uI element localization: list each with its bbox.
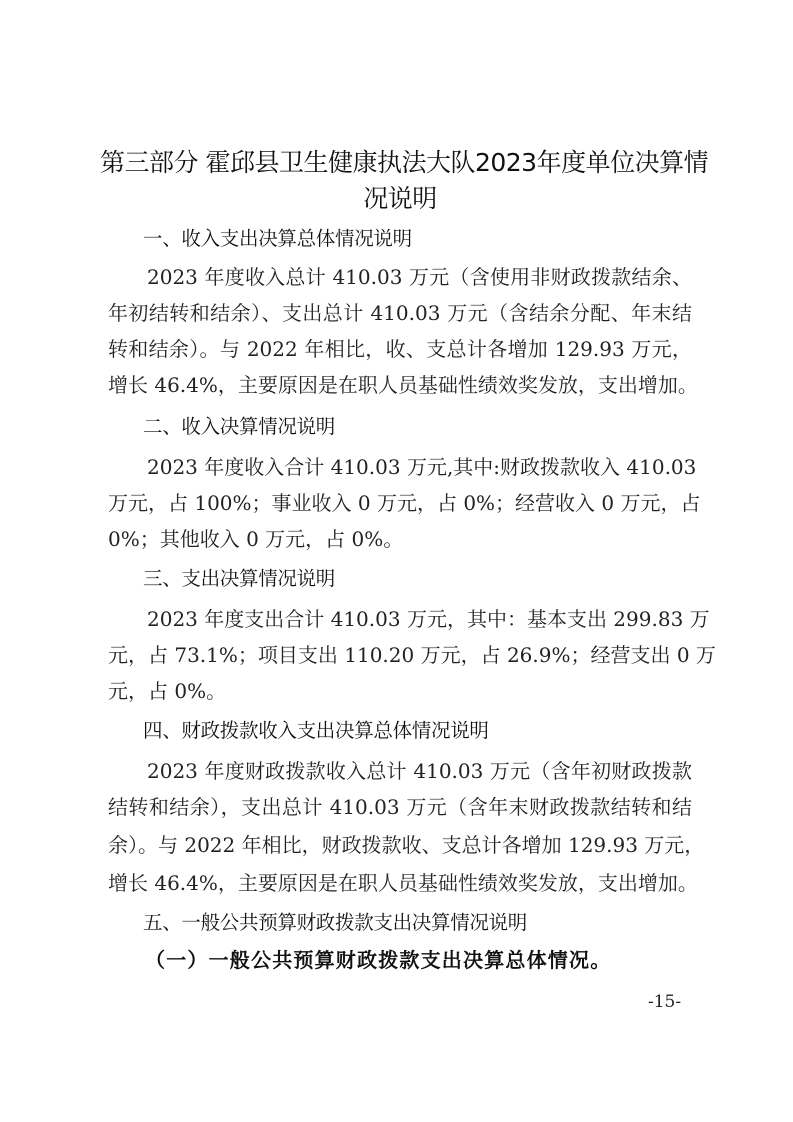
section-heading-5: 五、一般公共预算财政拨款支出决算情况说明 bbox=[143, 908, 527, 938]
page-title-line-1: 第三部分 霍邱县卫生健康执法大队2023年度单位决算情 bbox=[100, 145, 700, 181]
section-1-line-4: 增长 46.4%，主要原因是在职人员基础性绩效奖发放，支出增加。 bbox=[108, 370, 692, 400]
page-title-line-2: 况说明 bbox=[100, 181, 700, 217]
section-1-line-2: 年初结转和结余）、支出总计 410.03 万元（含结余分配、年末结 bbox=[108, 298, 692, 328]
section-5-subheading: （一）一般公共预算财政拨款支出决算总体情况。 bbox=[145, 945, 611, 975]
section-3-line-2: 元，占 73.1%；项目支出 110.20 万元，占 26.9%；经营支出 0 … bbox=[108, 640, 692, 670]
section-2-line-2: 万元，占 100%；事业收入 0 万元，占 0%；经营收入 0 万元，占 bbox=[108, 488, 692, 518]
section-2-line-1: 2023 年度收入合计 410.03 万元,其中:财政拨款收入 410.03 bbox=[147, 452, 692, 482]
section-heading-4: 四、财政拨款收入支出决算总体情况说明 bbox=[143, 716, 489, 746]
section-heading-1: 一、收入支出决算总体情况说明 bbox=[143, 224, 412, 254]
page-number: -15- bbox=[648, 990, 681, 1014]
section-2-line-3: 0%；其他收入 0 万元，占 0%。 bbox=[108, 524, 692, 554]
section-4-line-3: 余）。与 2022 年相比，财政拨款收、支总计各增加 129.93 万元， bbox=[108, 830, 692, 860]
section-3-line-3: 元，占 0%。 bbox=[108, 676, 692, 706]
document-page: 第三部分 霍邱县卫生健康执法大队2023年度单位决算情 况说明 一、收入支出决算… bbox=[0, 0, 793, 1122]
section-4-line-4: 增长 46.4%，主要原因是在职人员基础性绩效奖发放，支出增加。 bbox=[108, 868, 692, 898]
section-1-line-3: 转和结余）。与 2022 年相比，收、支总计各增加 129.93 万元， bbox=[108, 334, 692, 364]
section-4-line-2: 结转和结余），支出总计 410.03 万元（含年末财政拨款结转和结 bbox=[108, 792, 692, 822]
section-4-line-1: 2023 年度财政拨款收入总计 410.03 万元（含年初财政拨款 bbox=[147, 756, 692, 786]
section-1-line-1: 2023 年度收入总计 410.03 万元（含使用非财政拨款结余、 bbox=[147, 262, 692, 292]
section-heading-3: 三、支出决算情况说明 bbox=[143, 564, 335, 594]
section-heading-2: 二、收入决算情况说明 bbox=[143, 412, 335, 442]
section-3-line-1: 2023 年度支出合计 410.03 万元，其中：基本支出 299.83 万 bbox=[147, 604, 692, 634]
